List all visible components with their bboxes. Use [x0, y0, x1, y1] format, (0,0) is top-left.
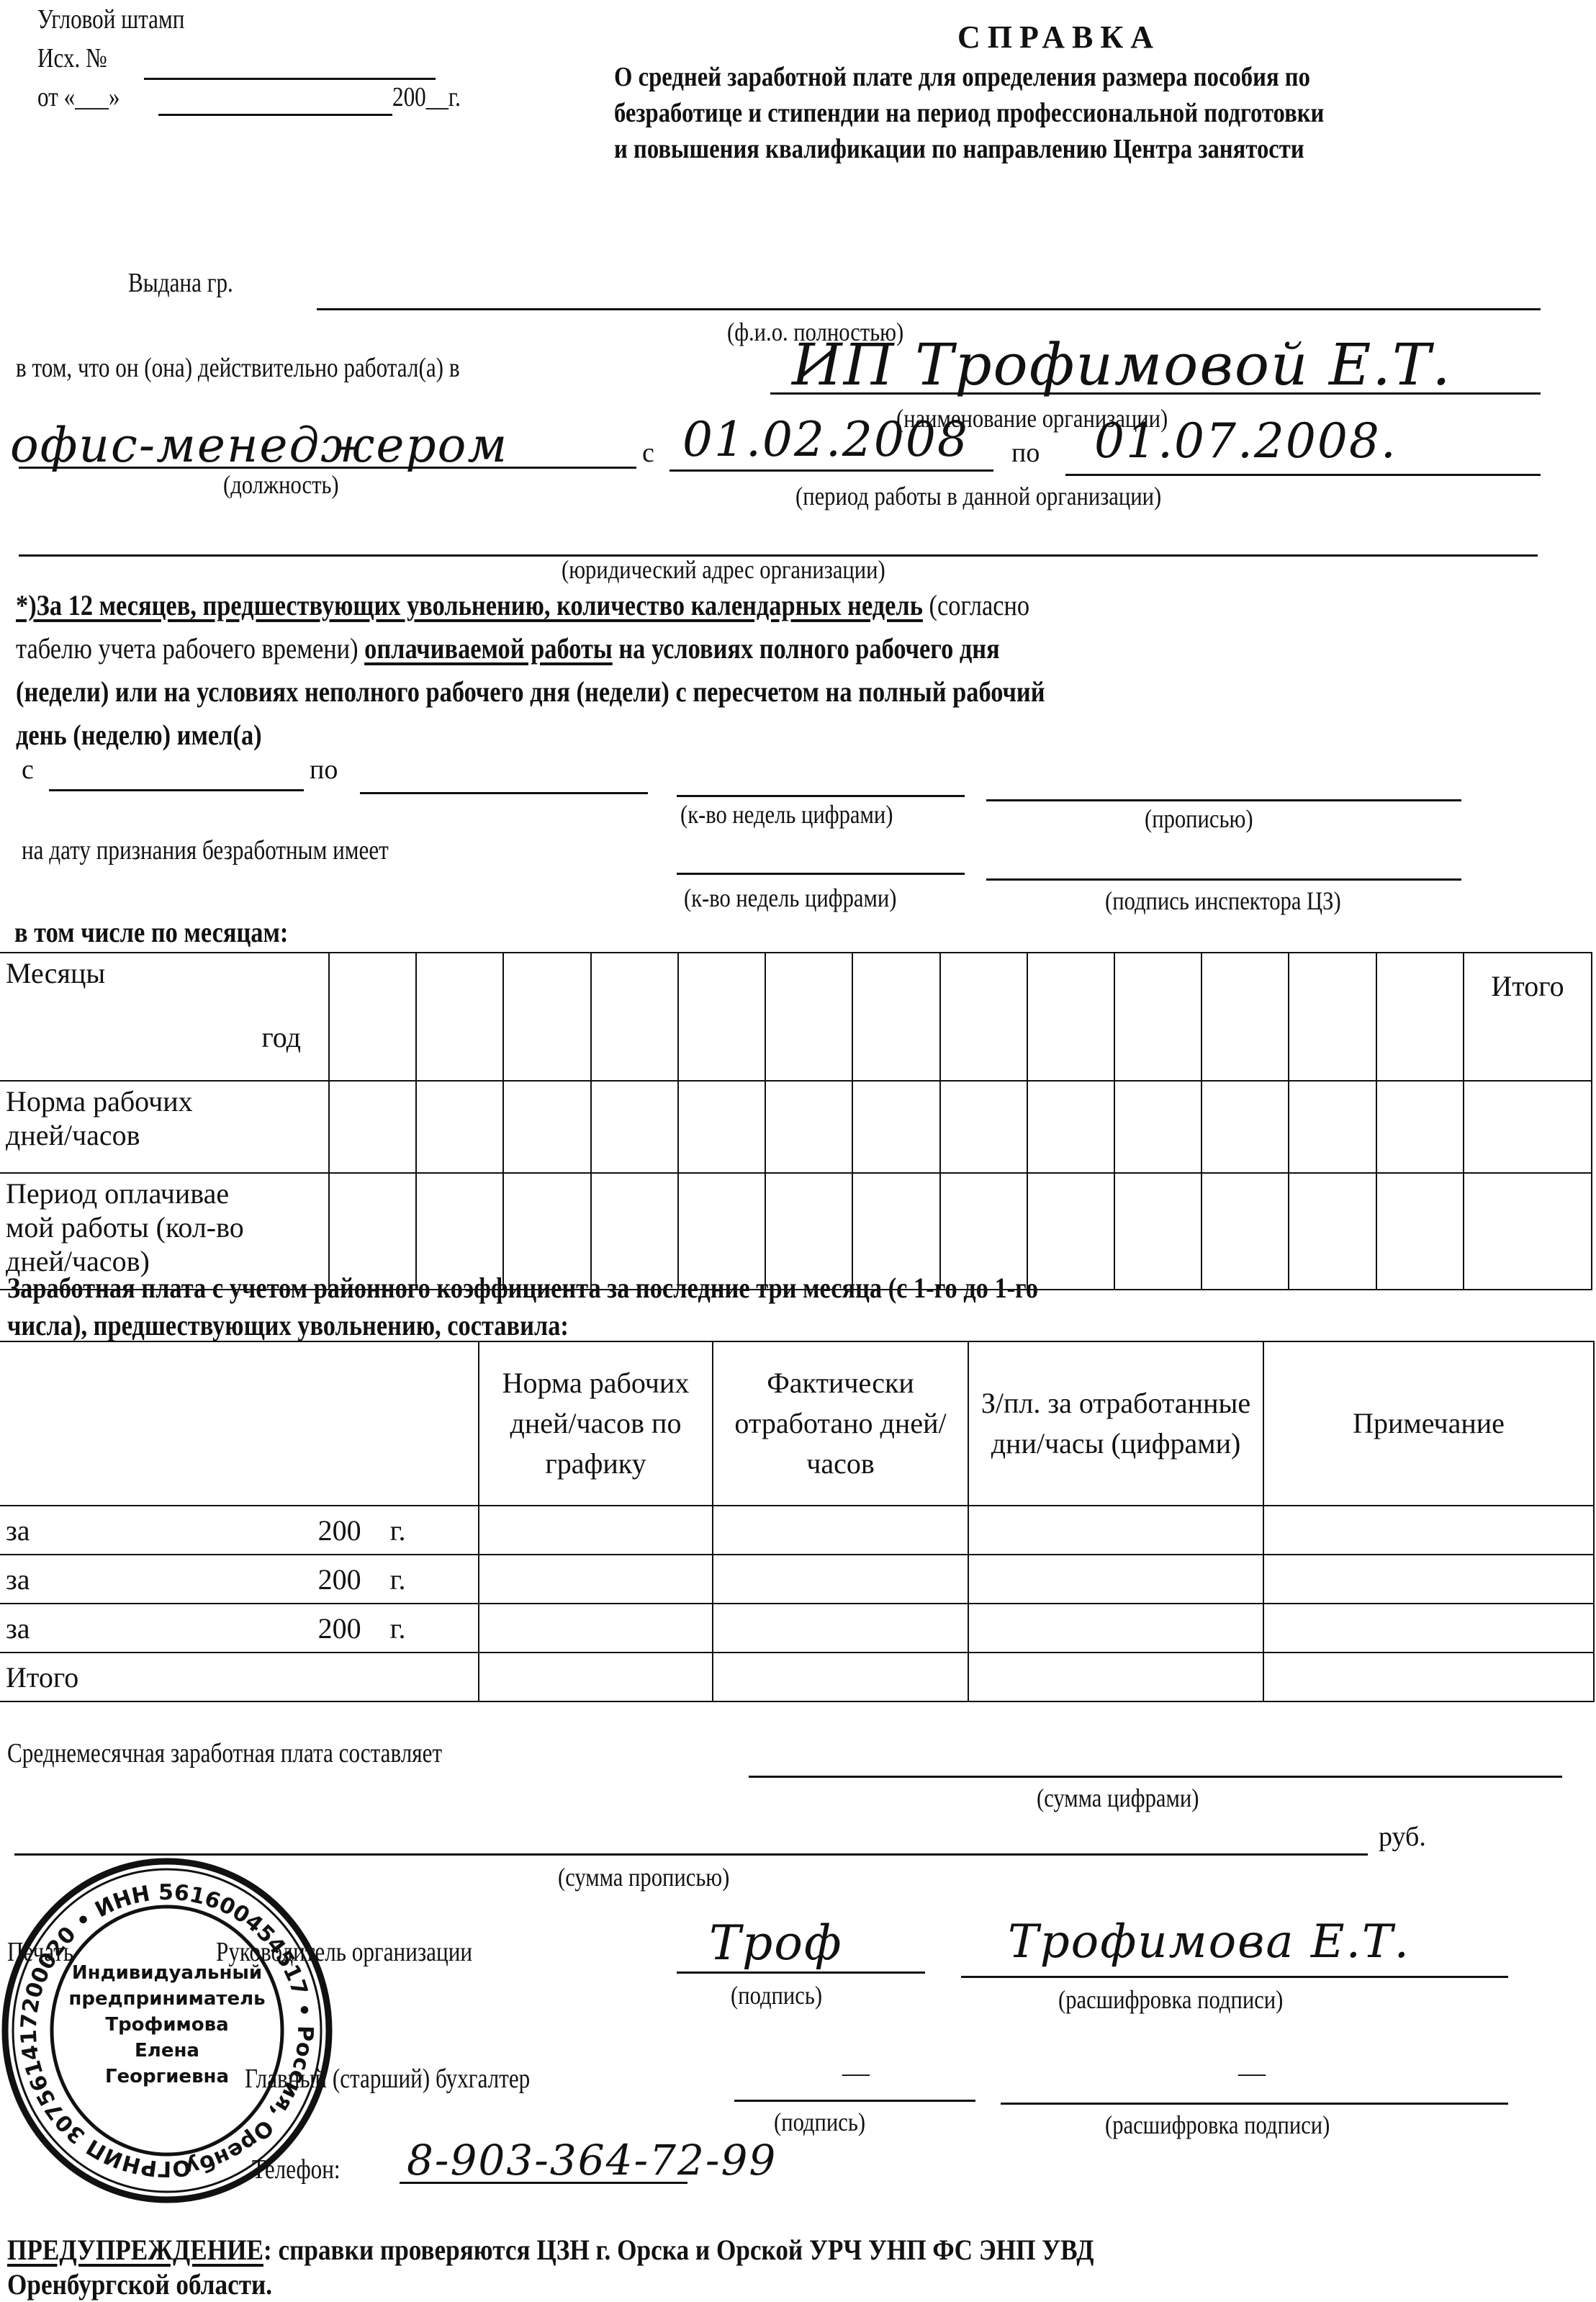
paid-total-cell[interactable] [1464, 1173, 1592, 1290]
month-cell[interactable] [591, 953, 678, 1081]
salary-cell[interactable] [1263, 1506, 1594, 1555]
accountant-decode-caption: (расшифровка подписи) [1105, 2110, 1330, 2140]
salary-cell[interactable] [1263, 1653, 1594, 1701]
warning-label: ПРЕДУПРЕЖДЕНИЕ [7, 2234, 263, 2266]
period-from-value: 01.02.2008 [682, 412, 969, 467]
svg-text:Трофимова: Трофимова [105, 2014, 228, 2036]
seal-icon: ОГРНИП 307561417200020 • ИНН 56160045451… [0, 1858, 360, 2218]
salary-cell[interactable] [968, 1555, 1263, 1604]
salary-cell[interactable] [1263, 1604, 1594, 1653]
salary-cell[interactable] [713, 1506, 968, 1555]
date-year-label: 200__г. [392, 82, 476, 114]
monthly-section-title: в том числе по месяцам: [14, 916, 333, 949]
norm-cell[interactable] [1376, 1081, 1464, 1173]
period-to-value: 01.07.2008. [1094, 413, 1397, 469]
document-subtitle-line-3: и повышения квалификации по направлению … [614, 134, 1417, 166]
average-salary-digits-caption: (сумма цифрами) [1037, 1783, 1199, 1813]
table-row: за 200 г. [0, 1506, 1594, 1555]
weeks-words-field[interactable] [986, 799, 1461, 801]
norm-cell[interactable] [940, 1081, 1027, 1173]
norm-cell[interactable] [1027, 1081, 1114, 1173]
salary-header-pay: З/пл. за отработанные дни/часы (цифрами) [968, 1341, 1263, 1506]
head-name-field[interactable] [961, 1976, 1508, 1978]
weeks-from-label: с [22, 755, 34, 786]
total-header: Итого [1464, 953, 1592, 1081]
salary-header-note: Примечание [1263, 1341, 1594, 1506]
salary-table: Норма рабочих дней/часов по графику Факт… [0, 1341, 1595, 1702]
outgoing-number-label: Исх. № [37, 43, 122, 75]
table-row-norm: Норма рабочих дней/часов [0, 1081, 1592, 1173]
salary-row-label: за 200 г. [0, 1555, 479, 1604]
norm-cell[interactable] [416, 1081, 503, 1173]
period-from-field[interactable] [669, 469, 993, 472]
date-month-field[interactable] [158, 114, 392, 116]
salary-cell[interactable] [968, 1506, 1263, 1555]
head-signature: Троф [709, 1915, 843, 1971]
svg-text:Индивидуальный: Индивидуальный [72, 1962, 262, 1984]
average-salary-digits-field[interactable] [749, 1776, 1562, 1778]
phone-field[interactable] [400, 2182, 687, 2184]
unemployed-weeks-caption: (к-во недель цифрами) [684, 883, 896, 913]
salary-intro-line-2: числа), предшествующих увольнению, соста… [7, 1309, 660, 1342]
period-from-label: с [642, 438, 654, 469]
salary-header-actual: Фактически отработано дней/часов [713, 1341, 968, 1506]
warning-line-1: ПРЕДУПРЕЖДЕНИЕ: справки проверяются ЦЗН … [7, 2234, 1242, 2267]
month-cell[interactable] [1201, 953, 1289, 1081]
accountant-signature: — [842, 2058, 870, 2090]
outgoing-number-field[interactable] [144, 78, 436, 80]
unemployed-date-label: на дату признания безработным имеет [22, 835, 469, 867]
document-subtitle-line-1: О средней заработной плате для определен… [614, 62, 1423, 94]
average-salary-words-field[interactable] [14, 1853, 1368, 1856]
average-salary-words-caption: (сумма прописью) [558, 1862, 729, 1892]
weeks-to-field[interactable] [360, 792, 648, 794]
norm-cell[interactable] [329, 1081, 416, 1173]
month-cell[interactable] [1289, 953, 1376, 1081]
salary-cell[interactable] [479, 1506, 713, 1555]
weeks-paragraph-line-1: *)За 12 месяцев, предшествующих увольнен… [16, 589, 1194, 622]
month-cell[interactable] [940, 953, 1027, 1081]
issued-to-label: Выдана гр. [128, 268, 256, 300]
period-to-label: по [1011, 438, 1040, 469]
date-label: от «___» [37, 82, 138, 114]
month-cell[interactable] [678, 953, 765, 1081]
legal-address-caption: (юридический адрес организации) [562, 554, 885, 585]
salary-cell[interactable] [479, 1604, 713, 1653]
norm-total-cell[interactable] [1464, 1081, 1592, 1173]
svg-text:Георгиевна: Георгиевна [105, 2066, 229, 2087]
average-salary-label: Среднемесячная заработная плата составля… [7, 1738, 538, 1770]
salary-intro-line-1: Заработная плата с учетом районного коэф… [7, 1272, 1206, 1305]
accountant-sign-caption: (подпись) [774, 2107, 865, 2137]
weeks-paragraph-line-3: (недели) или на условиях неполного рабоч… [16, 675, 1212, 709]
norm-cell[interactable] [852, 1081, 939, 1173]
monthly-table: Месяцы год Итого Норма рабочих дней/часо… [0, 952, 1592, 1290]
warning-line-2: Оренбургской области. [7, 2268, 308, 2301]
accountant-name: — [1238, 2058, 1266, 2090]
salary-cell[interactable] [968, 1604, 1263, 1653]
month-cell[interactable] [1376, 953, 1464, 1081]
document-subtitle-line-2: безработице и стипендии на период профес… [614, 98, 1440, 130]
weeks-paragraph-line-4: день (неделю) имел(а) [16, 719, 302, 752]
month-cell[interactable] [1027, 953, 1114, 1081]
month-cell[interactable] [503, 953, 590, 1081]
norm-cell[interactable] [1201, 1081, 1289, 1173]
period-to-field[interactable] [1065, 474, 1541, 476]
salary-row-label: за 200 г. [0, 1604, 479, 1653]
paid-cell[interactable] [1201, 1173, 1289, 1290]
weeks-digits-field[interactable] [677, 795, 965, 797]
svg-text:предприниматель: предприниматель [68, 1988, 265, 2010]
weeks-to-label: по [310, 755, 338, 786]
norm-cell[interactable] [1114, 1081, 1201, 1173]
salary-cell[interactable] [713, 1604, 968, 1653]
norm-cell[interactable] [765, 1081, 852, 1173]
document-title: СПРАВКА [957, 19, 1160, 55]
inspector-sign-caption: (подпись инспектора ЦЗ) [1105, 886, 1341, 916]
weeks-paragraph-line-2: табелю учета рабочего времени) оплачивае… [16, 632, 1160, 665]
position-caption: (должность) [223, 469, 339, 500]
norm-cell[interactable] [591, 1081, 678, 1173]
month-cell[interactable] [1114, 953, 1201, 1081]
weeks-from-field[interactable] [49, 789, 304, 791]
head-signature-field[interactable] [677, 1971, 925, 1974]
head-sign-caption: (подпись) [731, 1980, 822, 2010]
currency-label: руб. [1379, 1822, 1426, 1853]
inspector-sign-field[interactable] [986, 878, 1461, 881]
salary-cell[interactable] [713, 1653, 968, 1701]
row-header-months: Месяцы год [0, 953, 329, 1081]
corner-stamp-label: Угловой штамп [37, 4, 217, 36]
salary-cell[interactable] [479, 1653, 713, 1701]
salary-row-label: за 200 г. [0, 1506, 479, 1555]
head-decode-caption: (расшифровка подписи) [1058, 1984, 1283, 2015]
issued-to-field[interactable] [317, 308, 1541, 310]
period-caption: (период работы в данной организации) [795, 481, 1161, 511]
table-row: за 200 г. [0, 1555, 1594, 1604]
table-row-months: Месяцы год Итого [0, 953, 1592, 1081]
salary-header-period [0, 1341, 479, 1506]
head-name-value: Трофимова Е.Т. [1008, 1915, 1410, 1969]
accountant-name-field[interactable] [1001, 2103, 1508, 2105]
position-field[interactable] [19, 467, 636, 469]
table-row: за 200 г. [0, 1604, 1594, 1653]
norm-cell[interactable] [1289, 1081, 1376, 1173]
row-header-norm: Норма рабочих дней/часов [0, 1081, 329, 1173]
svg-text:Елена: Елена [135, 2040, 199, 2062]
organization-value: ИП Трофимовой Е.Т. [792, 331, 1452, 398]
month-cell[interactable] [416, 953, 503, 1081]
month-cell[interactable] [329, 953, 416, 1081]
unemployed-weeks-field[interactable] [677, 873, 965, 875]
salary-cell[interactable] [713, 1555, 968, 1604]
month-cell[interactable] [765, 953, 852, 1081]
month-cell[interactable] [852, 953, 939, 1081]
paid-cell[interactable] [1376, 1173, 1464, 1290]
salary-header-norm: Норма рабочих дней/часов по графику [479, 1341, 713, 1506]
table-row-total: Итого [0, 1653, 1594, 1701]
salary-cell[interactable] [1263, 1555, 1594, 1604]
norm-cell[interactable] [678, 1081, 765, 1173]
weeks-digits-caption: (к-во недель цифрами) [680, 799, 893, 829]
company-seal: ОГРНИП 307561417200020 • ИНН 56160045451… [0, 1858, 360, 2218]
salary-cell[interactable] [479, 1555, 713, 1604]
paid-cell[interactable] [1289, 1173, 1376, 1290]
salary-table-header: Норма рабочих дней/часов по графику Факт… [0, 1341, 1594, 1506]
salary-cell[interactable] [968, 1653, 1263, 1701]
worked-in-label: в том, что он (она) действительно работа… [16, 353, 557, 385]
position-value: офис-менеджером [10, 418, 508, 473]
salary-total-label: Итого [0, 1653, 479, 1701]
accountant-signature-field[interactable] [734, 2100, 975, 2102]
phone-value: 8-903-364-72-99 [407, 2136, 777, 2185]
weeks-words-caption: (прописью) [1145, 804, 1253, 834]
norm-cell[interactable] [503, 1081, 590, 1173]
